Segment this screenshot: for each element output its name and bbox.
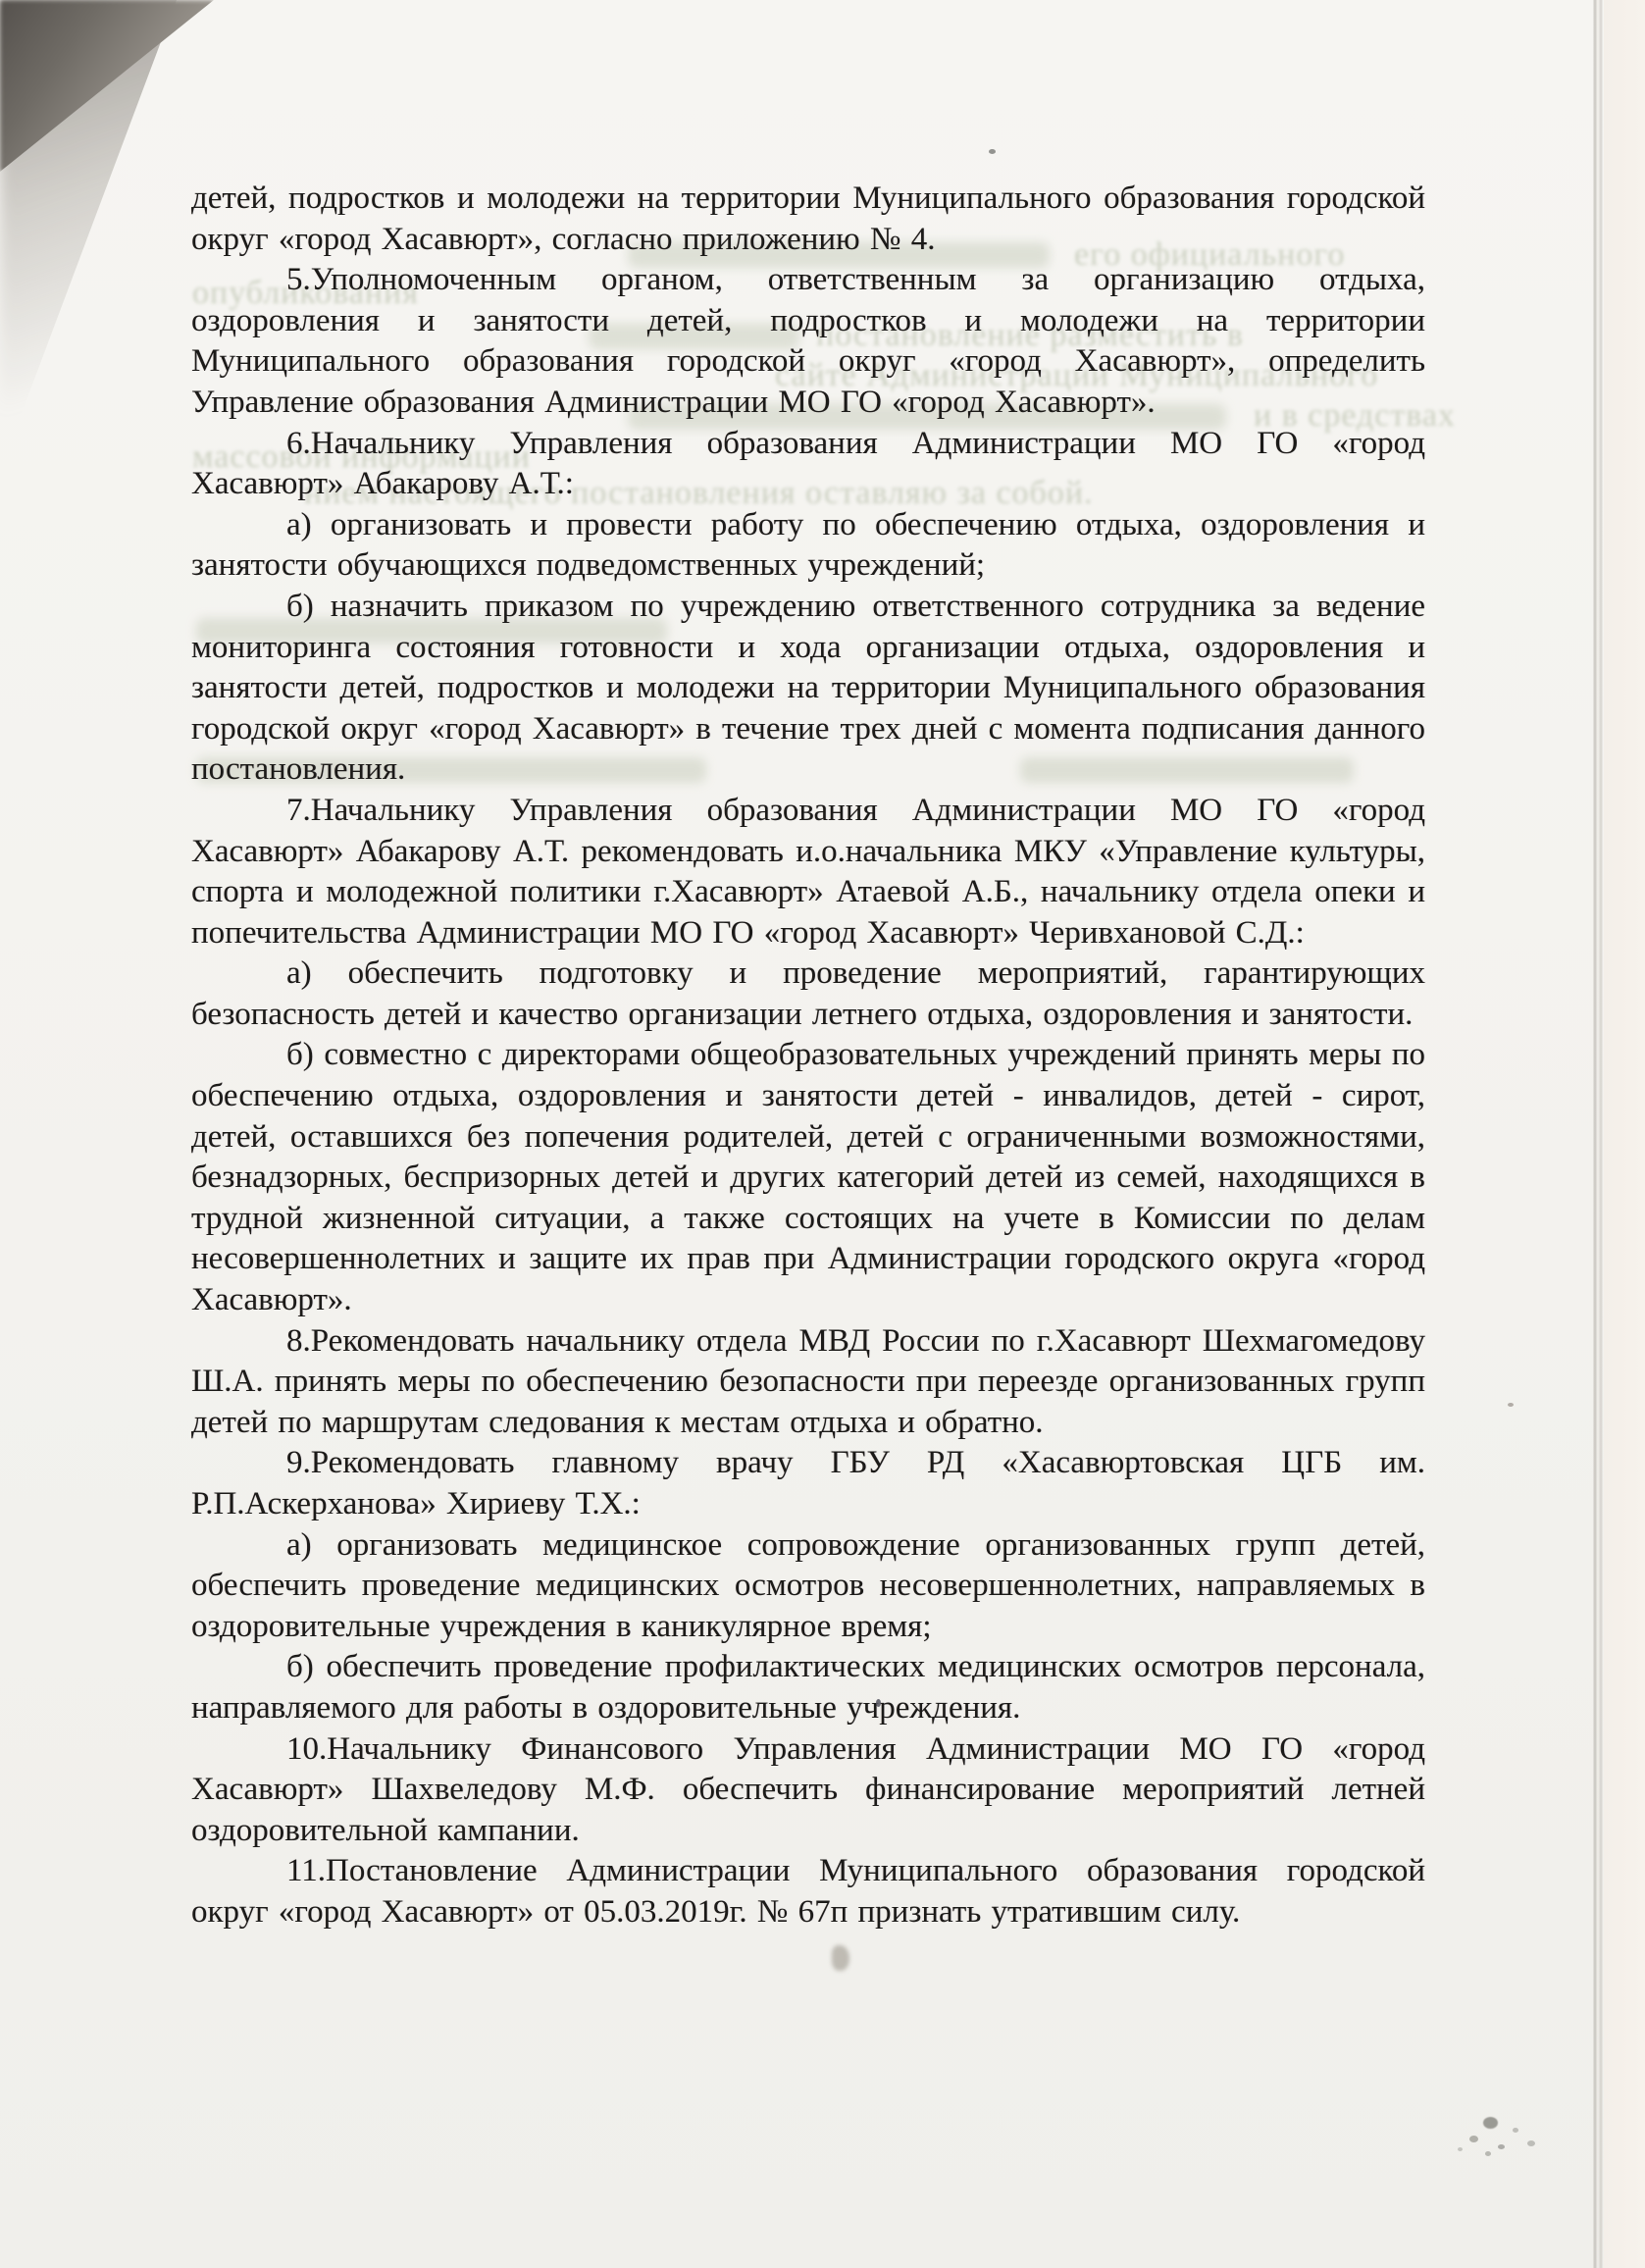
dust-speck [1485,2151,1491,2156]
dust-speck [1527,2140,1535,2146]
paragraph-11: 11.Постановление Администрации Муниципал… [191,1851,1425,1933]
document-body: детей, подростков и молодежи на территор… [191,179,1425,1933]
ink-speck [876,1699,881,1707]
dust-speck [1513,2128,1518,2133]
dust-speck [1469,2136,1478,2142]
page-edge-crease [1591,0,1607,2268]
paragraph-7: 7.Начальнику Управления образования Адми… [191,791,1425,954]
paragraph-9a: а) организовать медицинское сопровождени… [191,1525,1425,1648]
paragraph-10: 10.Начальнику Финансового Управления Адм… [191,1729,1425,1852]
dust-speck [1458,2147,1463,2151]
dust-speck [989,149,996,154]
paragraph-7a: а) обеспечить подготовку и проведение ме… [191,954,1425,1035]
smudge-mark [832,1945,849,1971]
paragraph-8: 8.Рекомендовать начальнику отдела МВД Ро… [191,1321,1425,1444]
scanned-page: его официального опубликования постановл… [0,0,1645,2268]
paragraph-continuation: детей, подростков и молодежи на территор… [191,179,1425,260]
dust-speck [1508,1403,1514,1407]
paragraph-6: 6.Начальнику Управления образования Адми… [191,424,1425,505]
paragraph-9b: б) обеспечить проведение профилактически… [191,1647,1425,1728]
dust-speck [1483,2117,1498,2129]
paragraph-5: 5.Уполномоченным органом, ответственным … [191,260,1425,423]
paragraph-6b: б) назначить приказом по учреждению отве… [191,587,1425,791]
paragraph-6a: а) организовать и провести работу по обе… [191,505,1425,587]
dust-speck [1498,2144,1505,2149]
paragraph-9: 9.Рекомендовать главному врачу ГБУ РД «Х… [191,1443,1425,1524]
paragraph-7b: б) совместно с директорами общеобразоват… [191,1035,1425,1320]
page-edge-strip [1604,0,1645,2268]
